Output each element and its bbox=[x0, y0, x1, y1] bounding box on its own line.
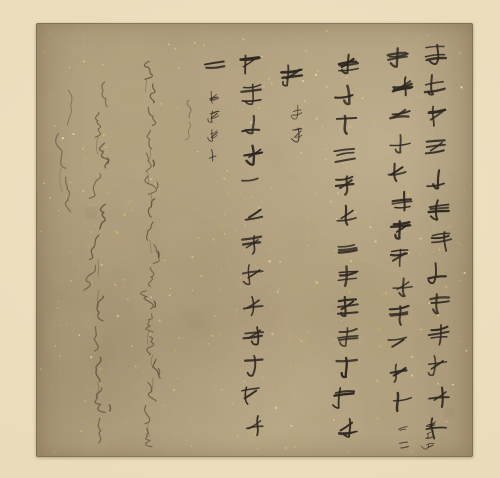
paper-sheet: 王郎八葉之德攄條蔭爭之舊巢 致公集 江淹一時之友集范駕列々遂文 序以 陳孔章詞空… bbox=[36, 23, 473, 457]
calligraphy-art bbox=[37, 24, 472, 456]
photograph-of-calligraphy-leaf: 王郎八葉之德攄條蔭爭之舊巢 致公集 江淹一時之友集范駕列々遂文 序以 陳孔章詞空… bbox=[0, 0, 500, 478]
